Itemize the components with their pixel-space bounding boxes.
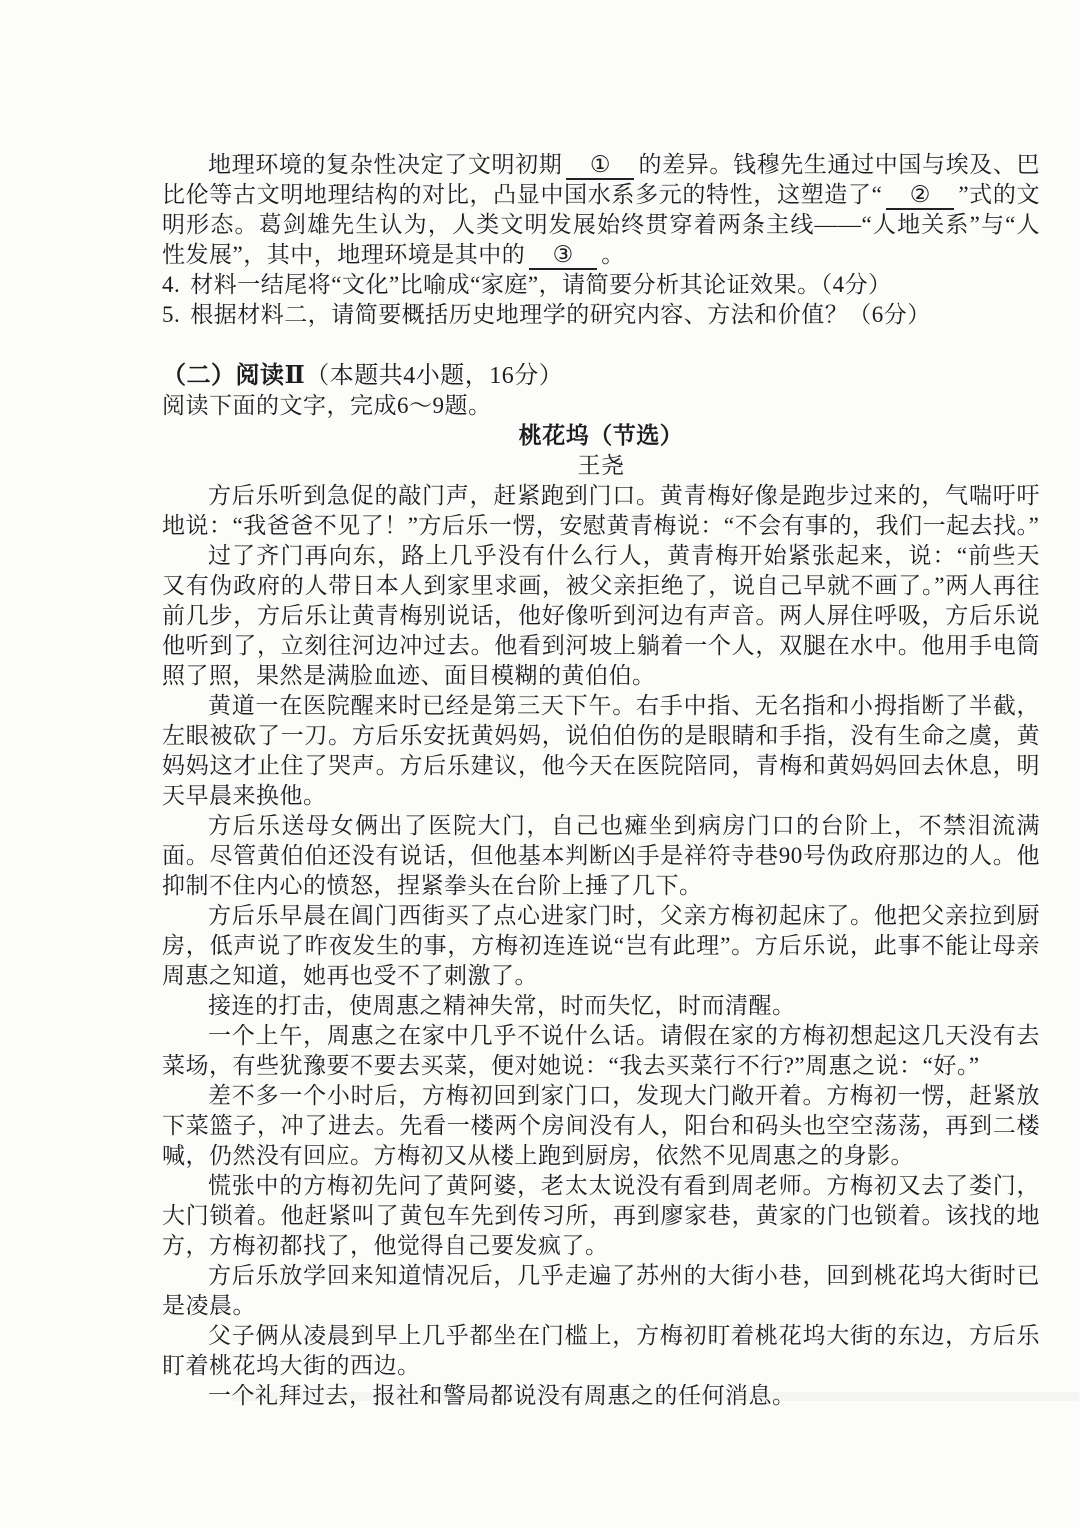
story-paragraph: 方后乐早晨在阊门西街买了点心进家门时，父亲方梅初起床了。他把父亲拉到厨房，低声说… (162, 901, 1040, 991)
passage-instruction: 阅读下面的文字，完成6～9题。 (162, 391, 1040, 421)
intro-text: 。 (601, 242, 625, 267)
story-paragraph: 接连的打击，使周惠之精神失常，时而失忆，时而清醒。 (162, 991, 1040, 1021)
passage-body: 方后乐听到急促的敲门声，赶紧跑到门口。黄青梅好像是跑步过来的，气喘吁吁地说：“我… (162, 481, 1040, 1411)
story-paragraph: 差不多一个小时后，方梅初回到家门口，发现大门敞开着。方梅初一愣，赶紧放下菜篮子，… (162, 1081, 1040, 1171)
story-paragraph: 一个上午，周惠之在家中几乎不说什么话。请假在家的方梅初想起这几天没有去菜场，有些… (162, 1021, 1040, 1081)
answer-blank: ① (566, 152, 634, 180)
section-heading: （二）阅读Ⅱ（本题共4小题，16分） (162, 361, 1040, 391)
scan-artifact (230, 1392, 1080, 1401)
exam-page: 地理环境的复杂性决定了文明初期①的差异。钱穆先生通过中国与埃及、巴比伦等古文明地… (162, 150, 1040, 1411)
material-summary-paragraph: 地理环境的复杂性决定了文明初期①的差异。钱穆先生通过中国与埃及、巴比伦等古文明地… (162, 150, 1040, 270)
story-paragraph: 方后乐放学回来知道情况后，几乎走遍了苏州的大街小巷，回到桃花坞大街时已是凌晨。 (162, 1261, 1040, 1321)
story-paragraph: 过了齐门再向东，路上几乎没有什么行人，黄青梅开始紧张起来，说：“前些天又有伪政府… (162, 541, 1040, 691)
section-label: （二）阅读Ⅱ (162, 363, 305, 389)
question-4-number: 4. (162, 272, 180, 297)
passage-title: 桃花坞（节选） (162, 421, 1040, 451)
answer-blank: ③ (529, 242, 597, 270)
question-4-text: 材料一结尾将“文化”比喻成“家庭”，请简要分析其论证效果。（4分） (190, 272, 891, 297)
section-meta: （本题共4小题，16分） (305, 363, 563, 389)
story-paragraph: 方后乐听到急促的敲门声，赶紧跑到门口。黄青梅好像是跑步过来的，气喘吁吁地说：“我… (162, 481, 1040, 541)
answer-blank: ② (886, 182, 954, 210)
question-5: 5.根据材料二，请简要概括历史地理学的研究内容、方法和价值？（6分） (162, 300, 1040, 330)
question-5-text: 根据材料二，请简要概括历史地理学的研究内容、方法和价值？（6分） (190, 302, 931, 327)
passage-author: 王尧 (162, 451, 1040, 481)
story-paragraph: 父子俩从凌晨到早上几乎都坐在门槛上，方梅初盯着桃花坞大街的东边，方后乐盯着桃花坞… (162, 1321, 1040, 1381)
question-5-number: 5. (162, 302, 180, 327)
question-4: 4.材料一结尾将“文化”比喻成“家庭”，请简要分析其论证效果。（4分） (162, 270, 1040, 300)
story-paragraph: 黄道一在医院醒来时已经是第三天下午。右手中指、无名指和小拇指断了半截，左眼被砍了… (162, 691, 1040, 811)
story-paragraph: 方后乐送母女俩出了医院大门，自己也瘫坐到病房门口的台阶上，不禁泪流满面。尽管黄伯… (162, 811, 1040, 901)
story-paragraph: 慌张中的方梅初先问了黄阿婆，老太太说没有看到周老师。方梅初又去了娄门，大门锁着。… (162, 1171, 1040, 1261)
intro-text: 地理环境的复杂性决定了文明初期 (208, 152, 562, 177)
